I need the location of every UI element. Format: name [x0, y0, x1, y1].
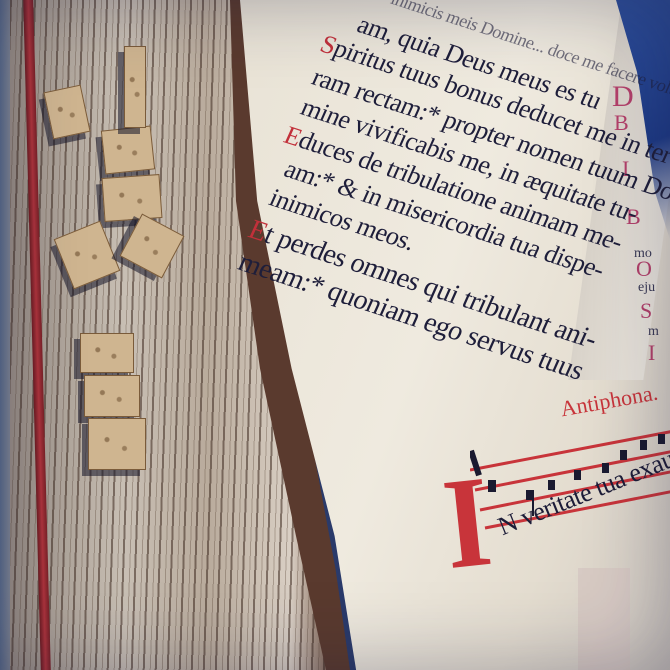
page-tab — [84, 375, 140, 417]
book-photograph: D B I B mo O eju S m I inimicis meis Dom… — [0, 0, 670, 670]
page-tab — [80, 333, 134, 373]
paper-slip — [578, 568, 630, 670]
text-fragment: m — [648, 324, 659, 340]
text-fragment: eju — [638, 280, 655, 296]
red-initial: S — [640, 298, 652, 324]
page-tab — [124, 46, 146, 128]
red-initial: I — [648, 340, 655, 366]
page-tab — [88, 418, 146, 470]
page-tab — [101, 126, 155, 175]
page-tab — [102, 174, 163, 222]
